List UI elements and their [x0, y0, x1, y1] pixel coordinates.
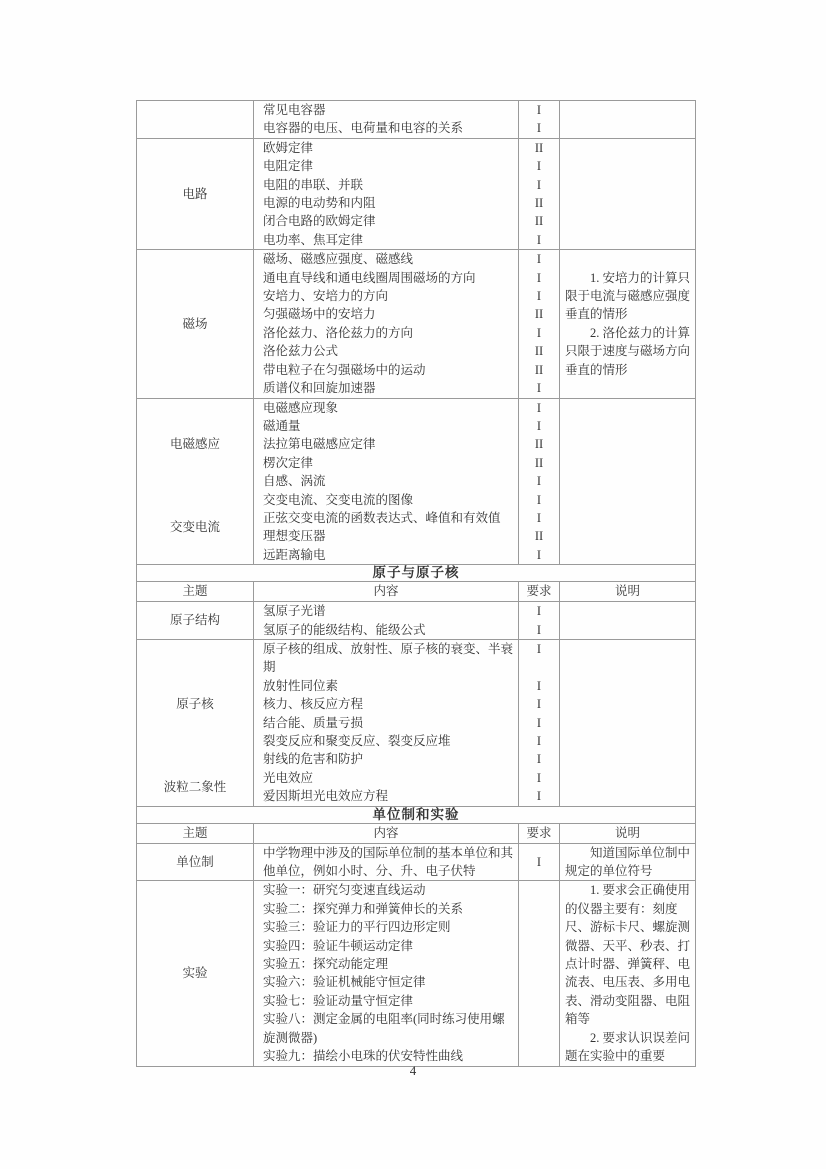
content-row: 电阻的串联、并联I: [254, 176, 559, 194]
topic-group: 常见电容器I电容器的电压、电荷量和电容的关系I: [137, 101, 559, 138]
requirement-value: I: [518, 695, 559, 713]
topic-cell: 电磁感应: [137, 399, 254, 491]
page-number: 4: [0, 1063, 826, 1079]
content-text: 理想变压器: [254, 527, 518, 545]
requirement-value: I: [518, 621, 559, 639]
content-text: 结合能、质量亏损: [254, 714, 518, 732]
requirement-value: II: [518, 527, 559, 545]
content-text: 电阻的串联、并联: [254, 176, 518, 194]
content-text: 常见电容器: [254, 101, 518, 119]
content-text: 实验一：研究匀变速直线运动: [254, 881, 518, 899]
content-items: 常见电容器I电容器的电压、电荷量和电容的关系I: [254, 101, 559, 138]
column-header-topic: 主题: [137, 582, 254, 601]
content-row: 射线的危害和防护I: [254, 750, 559, 768]
content-text: 氢原子光谱: [254, 602, 518, 620]
topic-group: 电路欧姆定律II电阻定律I电阻的串联、并联I电源的电动势和内阻II闭合电路的欧姆…: [137, 139, 559, 249]
content-row: 质谱仪和回旋加速器I: [254, 379, 559, 397]
requirement-value: I: [518, 231, 559, 249]
content-row: 实验二：探究弹力和弹簧伸长的关系: [254, 900, 559, 918]
section-main: 单位制中学物理中涉及的国际单位制的基本单位和其他单位，例如小时、分、升、电子伏特…: [137, 844, 559, 881]
topic-group: 原子结构氢原子光谱I氢原子的能级结构、能级公式I: [137, 602, 559, 639]
requirement-value: I: [518, 677, 559, 695]
requirement-value: I: [518, 101, 559, 119]
requirement-value: I: [518, 844, 559, 881]
content-row: 洛伦兹力、洛伦兹力的方向I: [254, 324, 559, 342]
content-row: 带电粒子在匀强磁场中的运动II: [254, 361, 559, 379]
section-row: 原子结构氢原子光谱I氢原子的能级结构、能级公式I: [137, 601, 695, 639]
content-items: 光电效应I爱因斯坦光电效应方程I: [254, 769, 559, 806]
topic-label: 原子结构: [170, 611, 220, 629]
content-text: 实验二：探究弹力和弹簧伸长的关系: [254, 900, 518, 918]
content-items: 磁场、磁感应强度、磁感线I通电直导线和通电线圈周围磁场的方向I安培力、安培力的方…: [254, 250, 559, 397]
content-row: 氢原子的能级结构、能级公式I: [254, 621, 559, 639]
content-row: 原子核的组成、放射性、原子核的衰变、半衰期I: [254, 640, 559, 677]
content-text: 电源的电动势和内阻: [254, 194, 518, 212]
content-text: 放射性同位素: [254, 677, 518, 695]
column-header-content: 内容: [254, 824, 518, 843]
requirement-value: I: [518, 176, 559, 194]
requirement-value: I: [518, 787, 559, 805]
content-text: 质谱仪和回旋加速器: [254, 379, 518, 397]
requirement-value: I: [518, 119, 559, 137]
content-items: 中学物理中涉及的国际单位制的基本单位和其他单位，例如小时、分、升、电子伏特I: [254, 844, 559, 881]
requirement-value: I: [518, 714, 559, 732]
requirement-value: I: [518, 750, 559, 768]
content-text: 实验七：验证动量守恒定律: [254, 992, 518, 1010]
section-row: 实验实验一：研究匀变速直线运动实验二：探究弹力和弹簧伸长的关系实验三：验证力的平…: [137, 880, 695, 1065]
content-row: 电磁感应现象I: [254, 399, 559, 417]
note-cell: [559, 640, 695, 806]
requirement-value: I: [518, 640, 559, 677]
content-row: 光电效应I: [254, 769, 559, 787]
requirement-value: I: [518, 417, 559, 435]
content-text: 欧姆定律: [254, 139, 518, 157]
content-text: 洛伦兹力、洛伦兹力的方向: [254, 324, 518, 342]
content-row: 欧姆定律II: [254, 139, 559, 157]
content-text: 楞次定律: [254, 454, 518, 472]
note-cell: [559, 139, 695, 249]
content-row: 实验五：探究动能定理: [254, 955, 559, 973]
requirement-value: [518, 1010, 559, 1047]
column-header-note: 说明: [559, 582, 695, 601]
column-header-row: 主题内容要求说明: [137, 581, 695, 601]
content-row: 安培力、安培力的方向I: [254, 287, 559, 305]
requirement-value: II: [518, 361, 559, 379]
note-paragraph: 1. 安培力的计算只限于电流与磁感应强度垂直的情形: [565, 269, 690, 324]
section-main: 原子核原子核的组成、放射性、原子核的衰变、半衰期I放射性同位素I核力、核反应方程…: [137, 640, 559, 806]
content-row: 爱因斯坦光电效应方程I: [254, 787, 559, 805]
content-text: 洛伦兹力公式: [254, 342, 518, 360]
requirement-value: I: [518, 602, 559, 620]
requirement-value: [518, 900, 559, 918]
requirement-value: I: [518, 509, 559, 527]
curriculum-table: 常见电容器I电容器的电压、电荷量和电容的关系I电路欧姆定律II电阻定律I电阻的串…: [136, 100, 696, 1067]
requirement-value: I: [518, 399, 559, 417]
content-text: 射线的危害和防护: [254, 750, 518, 768]
content-row: 理想变压器II: [254, 527, 559, 545]
section-main: 电路欧姆定律II电阻定律I电阻的串联、并联I电源的电动势和内阻II闭合电路的欧姆…: [137, 139, 559, 249]
section-row: 电路欧姆定律II电阻定律I电阻的串联、并联I电源的电动势和内阻II闭合电路的欧姆…: [137, 138, 695, 249]
content-items: 交变电流、交变电流的图像I正弦交变电流的函数表达式、峰值和有效值I理想变压器II…: [254, 491, 559, 565]
content-text: 磁场、磁感应强度、磁感线: [254, 250, 518, 268]
topic-group: 磁场磁场、磁感应强度、磁感线I通电直导线和通电线圈周围磁场的方向I安培力、安培力…: [137, 250, 559, 397]
content-items: 电磁感应现象I磁通量I法拉第电磁感应定律II楞次定律II自感、涡流I: [254, 399, 559, 491]
requirement-value: [518, 918, 559, 936]
content-row: 法拉第电磁感应定律II: [254, 435, 559, 453]
content-text: 带电粒子在匀强磁场中的运动: [254, 361, 518, 379]
requirement-value: II: [518, 435, 559, 453]
requirement-value: I: [518, 250, 559, 268]
requirement-value: I: [518, 472, 559, 490]
note-cell: [559, 399, 695, 565]
note-paragraph: 知道国际单位制中规定的单位符号: [565, 844, 690, 881]
content-row: 实验六：验证机械能守恒定律: [254, 973, 559, 991]
document-page: 常见电容器I电容器的电压、电荷量和电容的关系I电路欧姆定律II电阻定律I电阻的串…: [0, 0, 826, 1169]
requirement-value: II: [518, 212, 559, 230]
topic-label: 原子核: [176, 695, 214, 713]
requirement-value: II: [518, 305, 559, 323]
topic-label: 单位制: [176, 853, 214, 871]
section-title: 单位制和实验: [137, 806, 695, 823]
note-paragraph: 2. 要求认识误差问题在实验中的重要: [565, 1029, 690, 1066]
topic-cell: 单位制: [137, 844, 254, 881]
content-row: 实验三：验证力的平行四边形定则: [254, 918, 559, 936]
requirement-value: II: [518, 194, 559, 212]
topic-label: 磁场: [182, 315, 207, 333]
content-row: 实验八：测定金属的电阻率(同时练习使用螺旋测微器): [254, 1010, 559, 1047]
content-row: 磁通量I: [254, 417, 559, 435]
content-row: 氢原子光谱I: [254, 602, 559, 620]
topic-cell: 磁场: [137, 250, 254, 397]
content-row: 闭合电路的欧姆定律II: [254, 212, 559, 230]
content-text: 匀强磁场中的安培力: [254, 305, 518, 323]
content-items: 实验一：研究匀变速直线运动实验二：探究弹力和弹簧伸长的关系实验三：验证力的平行四…: [254, 881, 559, 1065]
column-header-content: 内容: [254, 582, 518, 601]
content-row: 正弦交变电流的函数表达式、峰值和有效值I: [254, 509, 559, 527]
column-header-row: 主题内容要求说明: [137, 823, 695, 843]
section-row: 单位制中学物理中涉及的国际单位制的基本单位和其他单位，例如小时、分、升、电子伏特…: [137, 843, 695, 881]
content-text: 正弦交变电流的函数表达式、峰值和有效值: [254, 509, 518, 527]
topic-group: 实验实验一：研究匀变速直线运动实验二：探究弹力和弹簧伸长的关系实验三：验证力的平…: [137, 881, 559, 1065]
content-text: 实验三：验证力的平行四边形定则: [254, 918, 518, 936]
content-text: 裂变反应和聚变反应、裂变反应堆: [254, 732, 518, 750]
topic-cell: 电路: [137, 139, 254, 249]
column-header-topic: 主题: [137, 824, 254, 843]
column-header-note: 说明: [559, 824, 695, 843]
topic-group: 原子核原子核的组成、放射性、原子核的衰变、半衰期I放射性同位素I核力、核反应方程…: [137, 640, 559, 769]
topic-cell: 原子结构: [137, 602, 254, 639]
topic-cell: [137, 101, 254, 138]
content-row: 电源的电动势和内阻II: [254, 194, 559, 212]
content-row: 常见电容器I: [254, 101, 559, 119]
content-row: 中学物理中涉及的国际单位制的基本单位和其他单位，例如小时、分、升、电子伏特I: [254, 844, 559, 881]
note-cell: [559, 602, 695, 639]
content-text: 核力、核反应方程: [254, 695, 518, 713]
content-row: 通电直导线和通电线圈周围磁场的方向I: [254, 269, 559, 287]
note-cell: 1. 安培力的计算只限于电流与磁感应强度垂直的情形2. 洛伦兹力的计算只限于速度…: [559, 250, 695, 397]
content-text: 氢原子的能级结构、能级公式: [254, 621, 518, 639]
requirement-value: II: [518, 139, 559, 157]
topic-label: 电路: [182, 185, 207, 203]
note-cell: 1. 要求会正确使用的仪器主要有：刻度尺、游标卡尺、螺旋测微器、天平、秒表、打点…: [559, 881, 695, 1065]
content-row: 核力、核反应方程I: [254, 695, 559, 713]
content-text: 实验四：验证牛顿运动定律: [254, 937, 518, 955]
content-text: 实验六：验证机械能守恒定律: [254, 973, 518, 991]
requirement-value: [518, 881, 559, 899]
topic-label: 波粒二象性: [164, 778, 227, 796]
content-text: 磁通量: [254, 417, 518, 435]
section-row: 常见电容器I电容器的电压、电荷量和电容的关系I: [137, 101, 695, 138]
section-main: 实验实验一：研究匀变速直线运动实验二：探究弹力和弹簧伸长的关系实验三：验证力的平…: [137, 881, 559, 1065]
content-row: 远距离输电I: [254, 546, 559, 564]
topic-cell: 波粒二象性: [137, 769, 254, 806]
content-row: 实验一：研究匀变速直线运动: [254, 881, 559, 899]
content-items: 氢原子光谱I氢原子的能级结构、能级公式I: [254, 602, 559, 639]
content-items: 欧姆定律II电阻定律I电阻的串联、并联I电源的电动势和内阻II闭合电路的欧姆定律…: [254, 139, 559, 249]
section-row: 磁场磁场、磁感应强度、磁感线I通电直导线和通电线圈周围磁场的方向I安培力、安培力…: [137, 249, 695, 397]
note-cell: 知道国际单位制中规定的单位符号: [559, 844, 695, 881]
requirement-value: I: [518, 379, 559, 397]
topic-label: 交变电流: [170, 518, 220, 536]
content-row: 实验四：验证牛顿运动定律: [254, 937, 559, 955]
content-text: 电阻定律: [254, 157, 518, 175]
content-row: 磁场、磁感应强度、磁感线I: [254, 250, 559, 268]
requirement-value: I: [518, 491, 559, 509]
content-text: 光电效应: [254, 769, 518, 787]
content-text: 电磁感应现象: [254, 399, 518, 417]
content-row: 电容器的电压、电荷量和电容的关系I: [254, 119, 559, 137]
section-title: 原子与原子核: [137, 564, 695, 581]
column-header-requirement: 要求: [518, 582, 559, 601]
requirement-value: I: [518, 732, 559, 750]
column-header-requirement: 要求: [518, 824, 559, 843]
requirement-value: I: [518, 546, 559, 564]
requirement-value: I: [518, 269, 559, 287]
topic-cell: 原子核: [137, 640, 254, 769]
topic-group: 单位制中学物理中涉及的国际单位制的基本单位和其他单位，例如小时、分、升、电子伏特…: [137, 844, 559, 881]
topic-cell: 实验: [137, 881, 254, 1065]
requirement-value: I: [518, 287, 559, 305]
requirement-value: II: [518, 454, 559, 472]
content-text: 中学物理中涉及的国际单位制的基本单位和其他单位，例如小时、分、升、电子伏特: [254, 844, 518, 881]
content-text: 实验五：探究动能定理: [254, 955, 518, 973]
content-text: 电容器的电压、电荷量和电容的关系: [254, 119, 518, 137]
topic-group: 交变电流交变电流、交变电流的图像I正弦交变电流的函数表达式、峰值和有效值I理想变…: [137, 491, 559, 565]
topic-label: 实验: [182, 964, 207, 982]
content-text: 电功率、焦耳定律: [254, 231, 518, 249]
content-text: 闭合电路的欧姆定律: [254, 212, 518, 230]
content-text: 爱因斯坦光电效应方程: [254, 787, 518, 805]
requirement-value: I: [518, 157, 559, 175]
topic-group: 波粒二象性光电效应I爱因斯坦光电效应方程I: [137, 769, 559, 806]
content-text: 安培力、安培力的方向: [254, 287, 518, 305]
requirement-value: [518, 973, 559, 991]
requirement-value: II: [518, 342, 559, 360]
section-main: 原子结构氢原子光谱I氢原子的能级结构、能级公式I: [137, 602, 559, 639]
content-row: 电阻定律I: [254, 157, 559, 175]
content-row: 裂变反应和聚变反应、裂变反应堆I: [254, 732, 559, 750]
content-row: 放射性同位素I: [254, 677, 559, 695]
content-row: 匀强磁场中的安培力II: [254, 305, 559, 323]
requirement-value: [518, 937, 559, 955]
content-text: 交变电流、交变电流的图像: [254, 491, 518, 509]
content-text: 自感、涡流: [254, 472, 518, 490]
section-main: 电磁感应电磁感应现象I磁通量I法拉第电磁感应定律II楞次定律II自感、涡流I交变…: [137, 399, 559, 565]
requirement-value: [518, 955, 559, 973]
requirement-value: [518, 992, 559, 1010]
content-text: 法拉第电磁感应定律: [254, 435, 518, 453]
content-text: 实验八：测定金属的电阻率(同时练习使用螺旋测微器): [254, 1010, 518, 1047]
note-cell: [559, 101, 695, 138]
content-text: 通电直导线和通电线圈周围磁场的方向: [254, 269, 518, 287]
topic-label: 电磁感应: [170, 435, 220, 453]
content-row: 自感、涡流I: [254, 472, 559, 490]
content-row: 楞次定律II: [254, 454, 559, 472]
content-text: 远距离输电: [254, 546, 518, 564]
topic-cell: 交变电流: [137, 491, 254, 565]
content-row: 洛伦兹力公式II: [254, 342, 559, 360]
topic-group: 电磁感应电磁感应现象I磁通量I法拉第电磁感应定律II楞次定律II自感、涡流I: [137, 399, 559, 491]
requirement-value: I: [518, 769, 559, 787]
content-items: 原子核的组成、放射性、原子核的衰变、半衰期I放射性同位素I核力、核反应方程I结合…: [254, 640, 559, 769]
content-text: 原子核的组成、放射性、原子核的衰变、半衰期: [254, 640, 518, 677]
section-main: 常见电容器I电容器的电压、电荷量和电容的关系I: [137, 101, 559, 138]
requirement-value: I: [518, 324, 559, 342]
content-row: 结合能、质量亏损I: [254, 714, 559, 732]
content-row: 电功率、焦耳定律I: [254, 231, 559, 249]
section-main: 磁场磁场、磁感应强度、磁感线I通电直导线和通电线圈周围磁场的方向I安培力、安培力…: [137, 250, 559, 397]
note-paragraph: 2. 洛伦兹力的计算只限于速度与磁场方向垂直的情形: [565, 324, 690, 379]
note-paragraph: 1. 要求会正确使用的仪器主要有：刻度尺、游标卡尺、螺旋测微器、天平、秒表、打点…: [565, 881, 690, 1028]
section-row: 原子核原子核的组成、放射性、原子核的衰变、半衰期I放射性同位素I核力、核反应方程…: [137, 639, 695, 806]
content-row: 交变电流、交变电流的图像I: [254, 491, 559, 509]
content-row: 实验七：验证动量守恒定律: [254, 992, 559, 1010]
section-row: 电磁感应电磁感应现象I磁通量I法拉第电磁感应定律II楞次定律II自感、涡流I交变…: [137, 398, 695, 565]
